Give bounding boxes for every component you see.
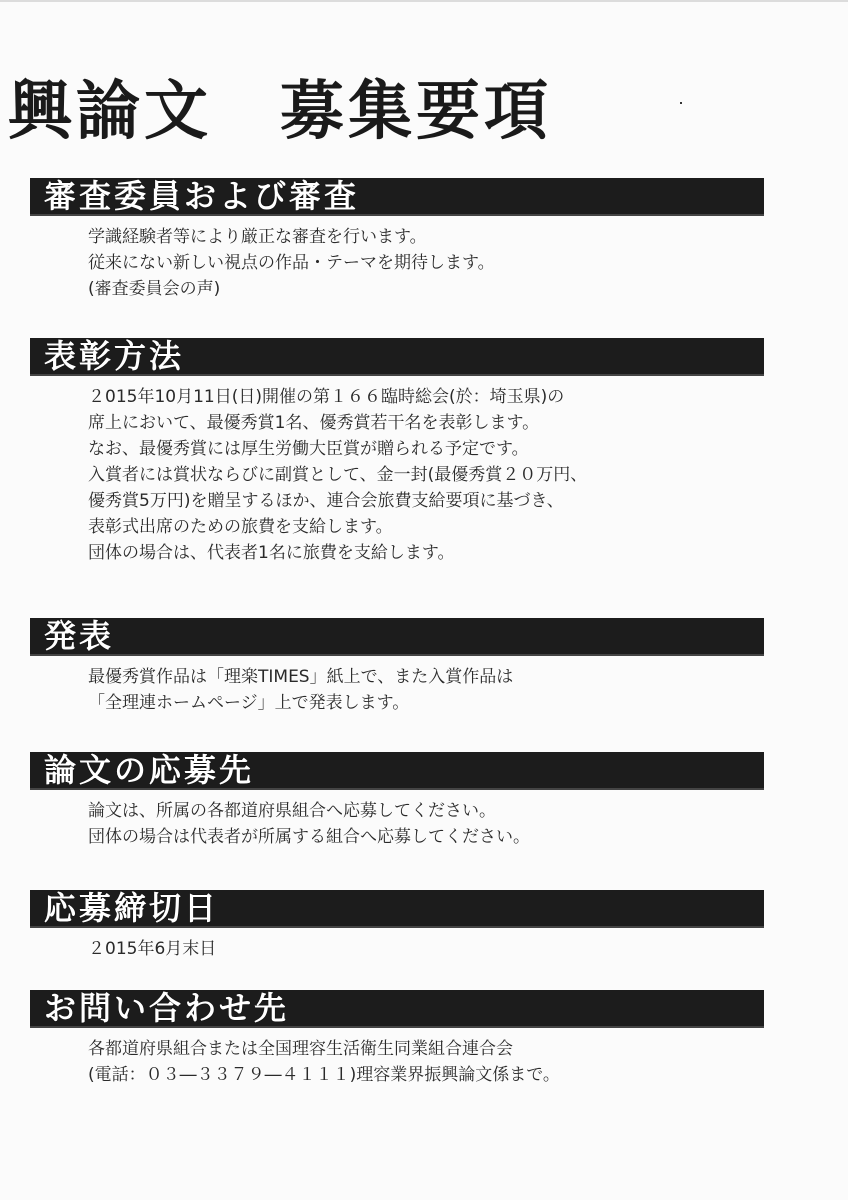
body-line: 最優秀賞作品は「理楽TIMES」紙上で、また入賞作品は [88, 664, 764, 690]
section-body: ２015年6月末日 [88, 936, 764, 962]
body-line: 団体の場合は、代表者1名に旅費を支給します。 [88, 540, 764, 566]
section-heading-bar: 論文の応募先 [30, 752, 764, 790]
section-submission: 論文の応募先 論文は、所属の各都道府県組合へ応募してください。 団体の場合は代表… [30, 752, 764, 850]
section-heading: お問い合わせ先 [44, 986, 289, 1030]
section-deadline: 応募締切日 ２015年6月末日 [30, 890, 764, 962]
section-heading-bar: 表彰方法 [30, 338, 764, 376]
body-line: 団体の場合は代表者が所属する組合へ応募してください。 [88, 824, 764, 850]
section-heading: 審査委員および審査 [44, 174, 359, 218]
section-heading-bar: 審査委員および審査 [30, 178, 764, 216]
section-heading-bar: 発表 [30, 618, 764, 656]
body-line: ２015年10月11日(日)開催の第１６６臨時総会(於：埼玉県)の [88, 384, 764, 410]
section-heading: 発表 [44, 614, 114, 658]
section-announcement: 発表 最優秀賞作品は「理楽TIMES」紙上で、また入賞作品は 「全理連ホームペー… [30, 618, 764, 716]
section-contact: お問い合わせ先 各都道府県組合または全国理容生活衛生同業組合連合会 (電話：０３… [30, 990, 764, 1088]
scan-speck [680, 102, 682, 104]
section-body: 論文は、所属の各都道府県組合へ応募してください。 団体の場合は代表者が所属する組… [88, 798, 764, 850]
body-line: 「全理連ホームページ」上で発表します。 [88, 690, 764, 716]
body-line: なお、最優秀賞には厚生労働大臣賞が贈られる予定です。 [88, 436, 764, 462]
body-line: ２015年6月末日 [88, 936, 764, 962]
body-line: 学識経験者等により厳正な審査を行います。 [88, 224, 764, 250]
body-line: 席上において、最優秀賞1名、優秀賞若干名を表彰します。 [88, 410, 764, 436]
section-heading: 表彰方法 [44, 334, 184, 378]
section-award: 表彰方法 ２015年10月11日(日)開催の第１６６臨時総会(於：埼玉県)の 席… [30, 338, 764, 566]
body-line: 従来にない新しい視点の作品・テーマを期待します。 [88, 250, 764, 276]
scan-edge-line [0, 0, 848, 2]
body-line: 各都道府県組合または全国理容生活衛生同業組合連合会 [88, 1036, 764, 1062]
page-title: 興論文 募集要項 [8, 72, 552, 152]
body-line: 入賞者には賞状ならびに副賞として、金一封(最優秀賞２０万円、 [88, 462, 764, 488]
body-line: 優秀賞5万円)を贈呈するほか、連合会旅費支給要項に基づき、 [88, 488, 764, 514]
section-body: 各都道府県組合または全国理容生活衛生同業組合連合会 (電話：０３―３３７９―４１… [88, 1036, 764, 1088]
body-line: 論文は、所属の各都道府県組合へ応募してください。 [88, 798, 764, 824]
section-heading-bar: お問い合わせ先 [30, 990, 764, 1028]
section-body: 最優秀賞作品は「理楽TIMES」紙上で、また入賞作品は 「全理連ホームページ」上… [88, 664, 764, 716]
body-line: (電話：０３―３３７９―４１１１)理容業界振興論文係まで。 [88, 1062, 764, 1088]
section-body: ２015年10月11日(日)開催の第１６６臨時総会(於：埼玉県)の 席上において… [88, 384, 764, 566]
section-heading: 応募締切日 [44, 886, 219, 930]
body-line: 表彰式出席のための旅費を支給します。 [88, 514, 764, 540]
section-body: 学識経験者等により厳正な審査を行います。 従来にない新しい視点の作品・テーマを期… [88, 224, 764, 302]
section-review: 審査委員および審査 学識経験者等により厳正な審査を行います。 従来にない新しい視… [30, 178, 764, 302]
section-heading: 論文の応募先 [44, 748, 254, 792]
section-heading-bar: 応募締切日 [30, 890, 764, 928]
body-line: (審査委員会の声) [88, 276, 764, 302]
